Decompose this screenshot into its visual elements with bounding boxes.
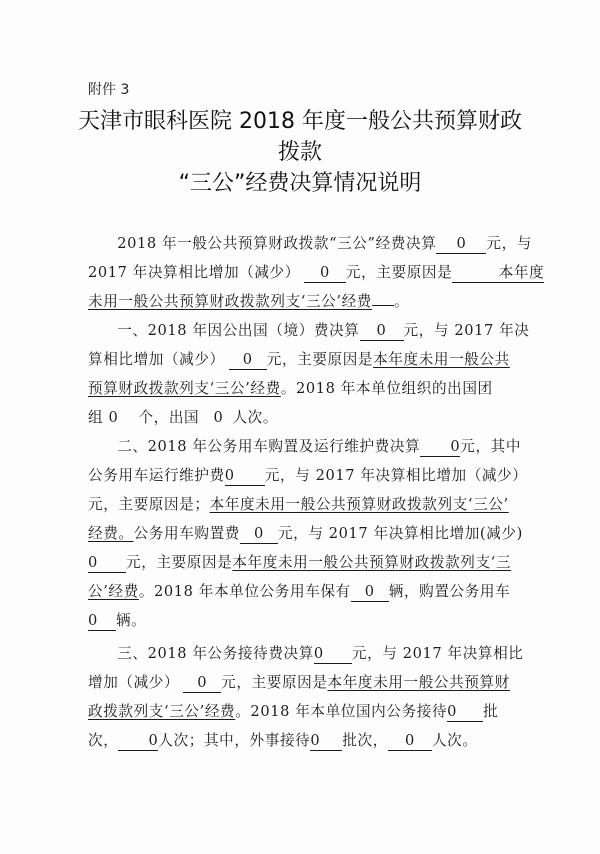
reason-text: 预算财政拨款列支‘三公’经费 (88, 380, 281, 397)
section-official-reception: 三、2018 年公务接待费决算0元，与 2017 年决算相比 增加（减少）0元，… (88, 639, 512, 755)
summary-paragraph: 2018 年一般公共预算财政拨款“三公”经费决算0元，与 2017 年决算相比增… (88, 229, 512, 316)
reason-text: 经费。 (88, 525, 134, 542)
reason-text: 公’经费 (88, 583, 139, 600)
foreign-batches-value: 0 (310, 732, 342, 751)
total-2018-value: 0 (436, 235, 486, 254)
vehicle-purchase-change-value: 0 (88, 554, 126, 573)
section-overseas-travel: 一、2018 年因公出国（境）费决算0元，与 2017 年决 算相比增加（减少）… (88, 316, 512, 432)
overseas-groups-value: 0 (108, 403, 138, 432)
document-body: 2018 年一般公共预算财政拨款“三公”经费决算0元，与 2017 年决算相比增… (88, 229, 512, 755)
foreign-persons-value: 0 (388, 732, 432, 751)
summary-text: 2017 年决算相比增加（减少） (88, 264, 300, 281)
domestic-persons-value: 0 (118, 732, 158, 751)
overseas-change-value: 0 (229, 351, 267, 370)
document-title: 天津市眼科医院 2018 年度一般公共预算财政 拨款 “三公”经费决算情况说明 (60, 106, 540, 199)
summary-text: 元，主要原因是 (346, 264, 452, 281)
title-line-1: 天津市眼科医院 2018 年度一般公共预算财政 (60, 106, 540, 137)
reception-change-value: 0 (183, 674, 221, 693)
reason-text: 本年度未用一般公共预算财政拨款列支‘三公’ (210, 496, 509, 513)
overseas-persons-value: 0 (204, 403, 232, 432)
reason-text: 政拨款列支‘三公’经费 (88, 703, 235, 720)
document-page: 附件 3 天津市眼科医院 2018 年度一般公共预算财政 拨款 “三公”经费决算… (0, 0, 600, 854)
overseas-amount-value: 0 (360, 322, 404, 341)
reason-text: 未用一般公共预算财政拨款列支‘三公’经费 (88, 293, 372, 310)
title-line-3: “三公”经费决算情况说明 (60, 168, 540, 199)
reason-text: 本年度未用一般公共预算财政拨款列支‘三 (232, 554, 511, 571)
summary-text: 2018 年一般公共预算财政拨款“三公”经费决算 (117, 235, 436, 252)
vehicle-purchase-value: 0 (240, 525, 278, 544)
reason-text: 本年度 (452, 264, 544, 283)
reason-text: 本年度未用一般公共 (373, 351, 510, 368)
summary-text: 元，与 (486, 235, 532, 252)
attachment-label: 附件 3 (88, 81, 129, 99)
domestic-batches-value: 0 (447, 703, 483, 722)
section-official-vehicles: 二、2018 年公务用车购置及运行维护费决算0元，其中 公务用车运行维护费0元，… (88, 432, 512, 635)
reception-amount-value: 0 (314, 645, 352, 664)
change-vs-2017-value: 0 (304, 264, 346, 283)
vehicle-operation-value: 0 (225, 467, 265, 486)
reason-text: 本年度未用一般公共预算财 (328, 674, 510, 691)
title-line-2: 拨款 (60, 137, 540, 168)
vehicles-owned-value: 0 (351, 583, 389, 602)
vehicles-purchased-value: 0 (88, 612, 116, 631)
vehicle-total-value: 0 (420, 438, 460, 457)
